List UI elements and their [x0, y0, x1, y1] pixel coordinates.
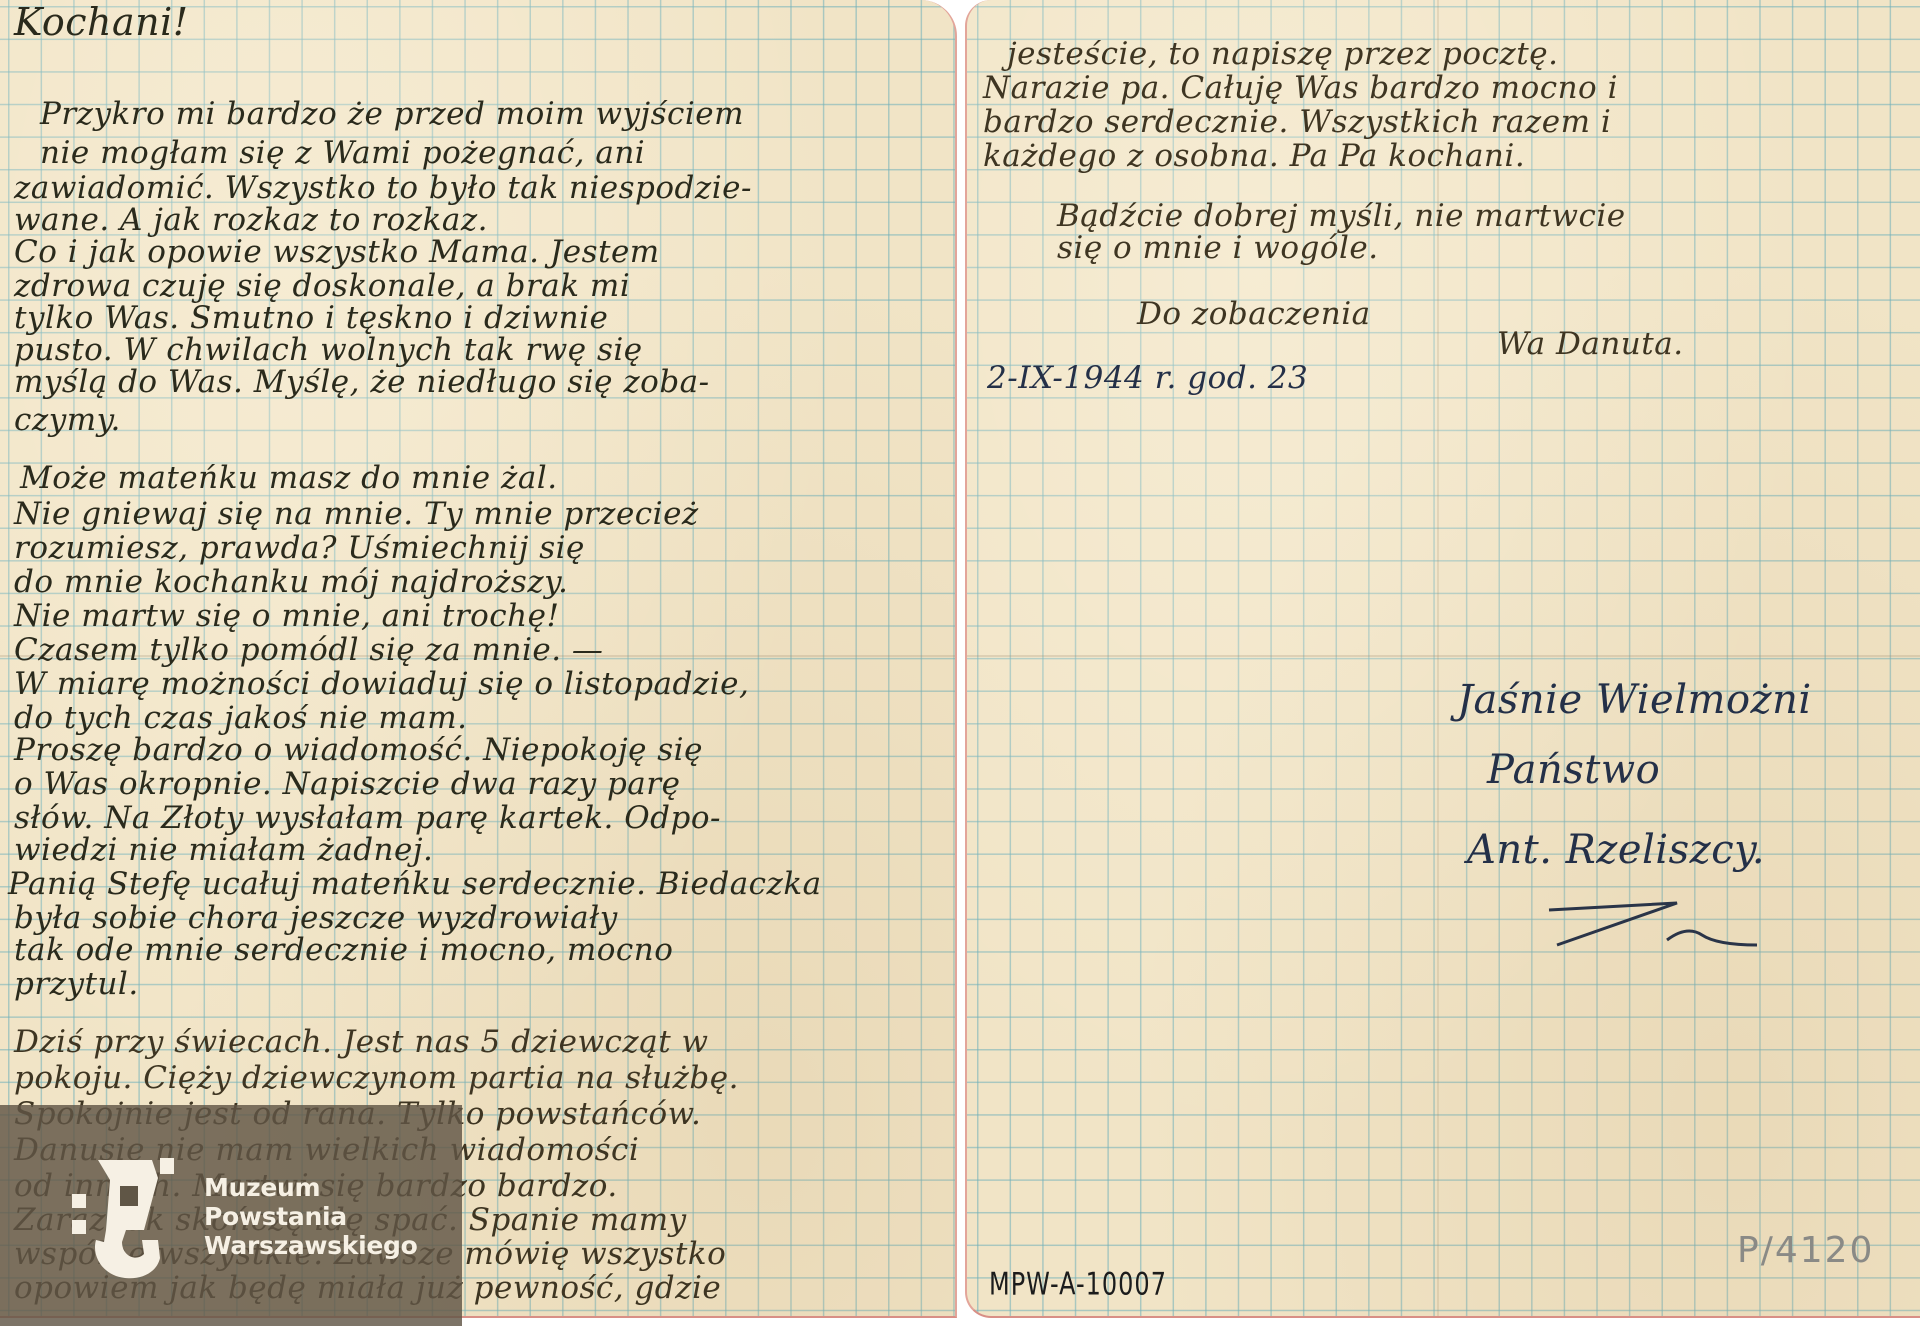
museum-name-line: Muzeum [204, 1173, 417, 1202]
letter-line: myślą do Was. Myślę, że niedługo się zob… [14, 362, 710, 402]
address-line: Jaśnie Wielmożni [1457, 680, 1812, 720]
museum-name: Muzeum Powstania Warszawskiego [204, 1173, 417, 1260]
address-line: Ant. Rzeliszcy. [1467, 830, 1765, 870]
date: 2-IX-1944 r. god. 23 [987, 358, 1308, 398]
letter-line: każdego z osobna. Pa Pa kochani. [983, 136, 1525, 176]
underline-flourish [1537, 895, 1777, 955]
pencil-inventory-number: P/4120 [1737, 1230, 1874, 1271]
signature: Wa Danuta. [1497, 324, 1684, 364]
museum-name-line: Warszawskiego [204, 1231, 417, 1260]
salutation: Kochani! [14, 2, 189, 42]
letter-line: Dziś przy świecach. Jest nas 5 dziewcząt… [14, 1022, 709, 1062]
museum-watermark: Muzeum Powstania Warszawskiego [0, 1105, 462, 1326]
letter-line: Przykro mi bardzo że przed moim wyjściem [40, 94, 744, 134]
closing: Do zobaczenia [1137, 294, 1371, 334]
letter-line: Może mateńku masz do mnie żal. [20, 458, 558, 498]
letter-line: przytul. [14, 964, 139, 1004]
letter-line: czymy. [14, 400, 121, 440]
letter-line: się o mnie i wogóle. [1057, 228, 1379, 268]
archive-number: MPW-A-10007 [989, 1266, 1167, 1302]
letter-scan: Kochani! Przykro mi bardzo że przed moim… [0, 0, 1920, 1326]
right-page: jesteście, to napiszę przez pocztę. Nara… [965, 0, 1920, 1318]
museum-name-line: Powstania [204, 1202, 417, 1231]
fold-line-horizontal [967, 655, 1920, 657]
address-line: Państwo [1487, 750, 1660, 790]
letter-line: pokoju. Cięży dziewczynom partia na służ… [14, 1058, 739, 1098]
kotwica-anchor-icon [60, 1150, 190, 1280]
letter-line: nie mogłam się z Wami pożegnać, ani [40, 133, 645, 173]
